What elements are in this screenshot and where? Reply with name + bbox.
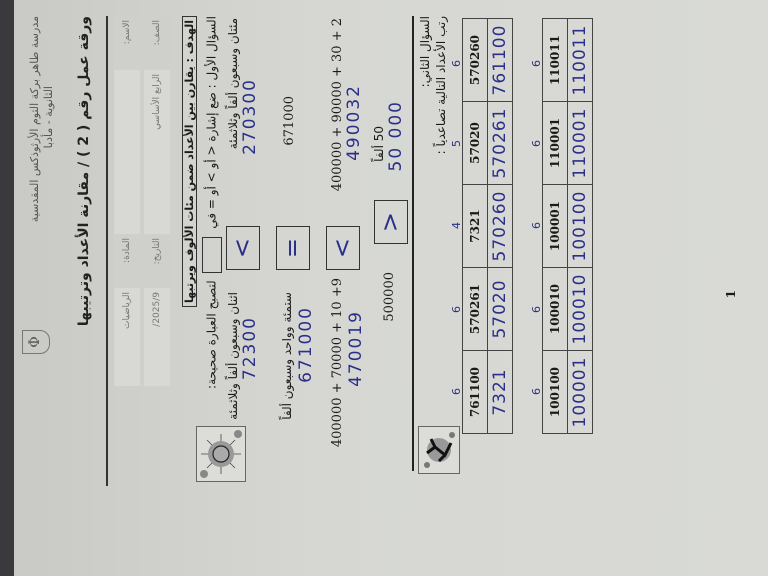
- student-info-box: الاسم: المادة: الرياضيات الصف: الرابع ال…: [114, 16, 172, 486]
- school-logo-icon: Φ: [22, 330, 50, 354]
- table-row: 570260 57020 7321 570261 761100: [463, 19, 488, 434]
- name-label: الاسم:: [114, 16, 140, 74]
- school-name-line2: الثانوية - مأدبا: [42, 86, 56, 276]
- sample-answer-box: [202, 237, 222, 273]
- subject-label: المادة:: [114, 234, 140, 292]
- q1-row3-left-text: 400000 + 70000 + 10 +9: [330, 278, 345, 447]
- grade-mark: 6: [530, 306, 543, 313]
- grade-mark: 6: [530, 60, 543, 67]
- q1-row3-left-answer: 470019: [346, 310, 366, 387]
- q1-row2-sign-box[interactable]: =: [276, 226, 310, 270]
- subject-value: الرياضيات: [114, 288, 140, 386]
- q1-row1-right-text: مئتان وسبعون ألفاً وثلاثمئة: [226, 18, 240, 149]
- grade-mark: 6: [450, 60, 463, 67]
- table-row: 110011 110001 100001 100010 100100: [543, 19, 568, 434]
- sun-icon: [197, 427, 245, 481]
- question1-prompt: السؤال الأول : ضع إشارة < أو > أو = في ل…: [202, 16, 222, 389]
- lesson-goal: الهدف : يقارن بين الأعداد ضمن مئات الألو…: [182, 16, 197, 307]
- ordering-table-1: 570260 57020 7321 570261 761100 761100 5…: [462, 18, 513, 434]
- table2-printed-cell: 110011: [543, 19, 568, 102]
- table-row: 761100 570261 570260 57020 7321: [488, 19, 513, 434]
- decorative-runner-image: [418, 426, 460, 474]
- q1-row4-left-text: 500000: [382, 272, 397, 322]
- table2-answer-cell[interactable]: 110001: [568, 102, 593, 185]
- table1-printed-cell: 57020: [463, 102, 488, 185]
- table1-answer-cell[interactable]: 761100: [488, 19, 513, 102]
- table1-printed-cell: 7321: [463, 185, 488, 268]
- table1-answer-cell[interactable]: 570260: [488, 185, 513, 268]
- q1-row3-sign-box[interactable]: <: [326, 226, 360, 270]
- q1-row1-left-text: اثنان وسبعون ألفاً وثلاثمئة: [226, 292, 240, 420]
- decorative-sun-image: [196, 426, 246, 482]
- table1-printed-cell: 570261: [463, 268, 488, 351]
- table1-answer-cell[interactable]: 57020: [488, 268, 513, 351]
- q1-row2-right-text: 671000: [282, 96, 297, 146]
- table2-printed-cell: 100100: [543, 351, 568, 434]
- section-divider: [412, 16, 414, 471]
- q1-row1-right-answer: 270300: [240, 78, 260, 155]
- table2-answer-cell[interactable]: 110011: [568, 19, 593, 102]
- q1-row1-left-answer: 72300: [240, 316, 260, 380]
- q1-row3-right-text: 400000 + 90000 + 30 + 2: [330, 18, 345, 191]
- table2-answer-cell[interactable]: 100010: [568, 268, 593, 351]
- grade-mark: 4: [450, 222, 463, 229]
- table-row: 110011 110001 100100 100010 100001: [568, 19, 593, 434]
- question2-title: السؤال الثاني:: [418, 16, 432, 87]
- date-value: 2025/9/: [144, 288, 170, 386]
- table2-answer-cell[interactable]: 100100: [568, 185, 593, 268]
- q1-row2-left-text: ستمئة وواحد وسبعون ألفاً: [280, 292, 294, 420]
- table1-printed-cell: 570260: [463, 19, 488, 102]
- worksheet-page: مدرسة طاهر بركة التوم الأرثوذكس المقدسية…: [14, 0, 754, 576]
- school-name-line1: مدرسة طاهر بركة التوم الأرثوذكس المقدسية: [28, 16, 42, 276]
- question1-prompt-text-b: لتصبح العبارة صحيحة:: [205, 280, 219, 389]
- q1-row3-right-answer: 490032: [344, 84, 364, 161]
- q1-row4-right-answer: 50 000: [386, 100, 406, 171]
- table2-printed-cell: 100010: [543, 268, 568, 351]
- grade-mark: 6: [450, 306, 463, 313]
- question2-prompt: رتب الأعداد التالية تصاعدياً :: [434, 16, 448, 154]
- grade-mark: 6: [530, 388, 543, 395]
- runner-icon: [419, 427, 459, 473]
- date-label: التاريخ:: [144, 234, 170, 292]
- name-field[interactable]: [114, 70, 140, 238]
- header-divider: [106, 16, 108, 486]
- table1-answer-cell[interactable]: 7321: [488, 351, 513, 434]
- page-number: 1: [724, 290, 738, 298]
- grade-mark: 6: [450, 388, 463, 395]
- grade-mark: 5: [450, 140, 463, 147]
- school-name: مدرسة طاهر بركة التوم الأرثوذكس المقدسية…: [28, 16, 56, 276]
- grade-mark: 6: [530, 140, 543, 147]
- q1-row1-sign-box[interactable]: <: [226, 226, 260, 270]
- grade-value: الرابع الأساسي: [144, 70, 170, 238]
- table2-printed-cell: 110001: [543, 102, 568, 185]
- table2-answer-cell[interactable]: 100001: [568, 351, 593, 434]
- question1-prompt-text: السؤال الأول : ضع إشارة < أو > أو = في: [205, 16, 219, 229]
- table2-printed-cell: 100001: [543, 185, 568, 268]
- table1-printed-cell: 761100: [463, 351, 488, 434]
- q1-row4-right-text: 50 ألفاً: [372, 126, 386, 162]
- q1-row4-sign-box[interactable]: >: [374, 200, 408, 244]
- worksheet-title: ورقة عمل رقم ( 2 ) / مقارنة الأعداد وترت…: [76, 16, 92, 326]
- grade-label: الصف:: [144, 16, 170, 74]
- q1-row2-left-answer: 671000: [296, 306, 316, 383]
- grade-mark: 6: [530, 222, 543, 229]
- ordering-table-2: 110011 110001 100001 100010 100100 11001…: [542, 18, 593, 434]
- table1-answer-cell[interactable]: 570261: [488, 102, 513, 185]
